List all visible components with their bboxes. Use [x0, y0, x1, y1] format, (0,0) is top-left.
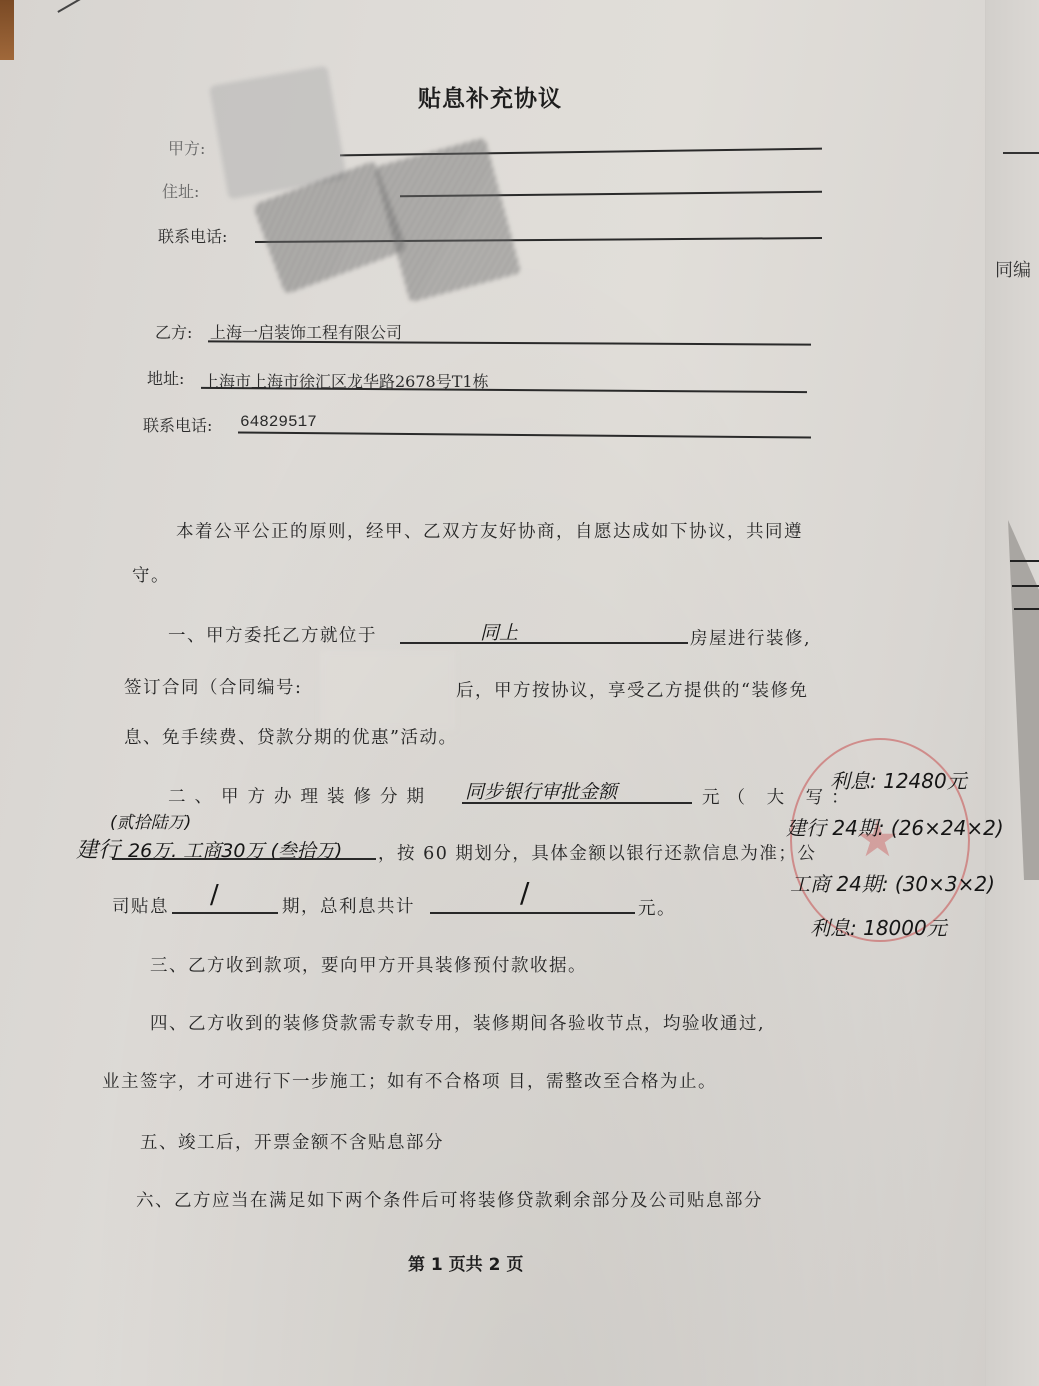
clause-2-line-2: ，按 60 期划分，具体金额以银行还款信息为准；公 [378, 840, 816, 865]
clause-4-line-2: 业主签字，才可进行下一步施工；如有不合格项 目，需整改至合格为止。 [102, 1068, 717, 1093]
preamble-line-1: 本着公平公正的原则，经甲、乙双方友好协商，自愿达成如下协议，共同遵 [176, 518, 803, 543]
clause-3: 三、乙方收到款项，要向甲方开具装修预付款收据。 [150, 952, 587, 977]
clause-1-handwritten-location: 同上 [480, 618, 518, 645]
party-b-phone: 64829517 [240, 413, 317, 431]
note-interest-ccb: 利息: 12480元 [830, 765, 967, 794]
clause-1-line-3: 息、免手续费、贷款分期的优惠”活动。 [124, 724, 457, 749]
party-a-label: 甲方: [168, 136, 205, 159]
clause-4-line-1: 四、乙方收到的装修贷款需专款专用，装修期间各验收节点，均验收通过, [150, 1010, 765, 1035]
clause-2-handwritten-caps: (贰拾陆万) [110, 808, 191, 833]
subsidy-periods-value: / [210, 880, 219, 910]
party-b-name: 上海一启装饰工程有限公司 [210, 320, 402, 343]
clause-1-suffix: 房屋进行装修, [690, 625, 811, 650]
clause-1-line-2b: 后，甲方按协议，享受乙方提供的“装修免 [456, 677, 808, 702]
party-b-phone-label: 联系电话: [143, 413, 212, 436]
clause-2-amount-underline [462, 802, 692, 804]
party-b-label: 乙方: [155, 320, 192, 343]
clause-2-line-3-suffix: 元。 [638, 895, 676, 920]
clause-1-line-2a: 签订合同（合同编号: [124, 674, 302, 699]
note-icbc-24-periods: 工商 24期: (30×3×2) [790, 868, 995, 897]
clause-2-line-3-prefix: 司贴息 [112, 893, 169, 918]
clause-1-location-underline [400, 642, 688, 644]
clause-2-prefix: 二、甲方办理装修分期 [168, 783, 433, 808]
clause-6: 六、乙方应当在满足如下两个条件后可将装修贷款剩余部分及公司贴息部分 [136, 1187, 763, 1212]
clause-2-handwritten-amount: 同步银行审批金额 [465, 777, 617, 804]
total-interest-underline [430, 912, 635, 914]
party-a-phone-label: 联系电话: [158, 224, 227, 247]
note-ccb-24-periods: 建行 24期: (26×24×2) [786, 812, 1004, 841]
grid-line [1014, 608, 1039, 610]
clause-2-line-3-mid: 期，总利息共计 [282, 893, 415, 918]
total-interest-value: / [520, 876, 529, 909]
clause-1-prefix: 一、甲方委托乙方就位于 [168, 622, 377, 647]
contract-number-redaction [320, 650, 455, 730]
note-interest-icbc: 利息: 18000元 [810, 912, 947, 941]
party-a-address-label: 住址: [162, 179, 199, 202]
page-number: 第 1 页共 2 页 [408, 1250, 523, 1275]
clause-2-breakdown-underline [112, 858, 376, 860]
clause-5: 五、竣工后，开票金额不含贴息部分 [140, 1129, 444, 1154]
preamble-line-2: 守。 [132, 562, 170, 587]
party-b-address-label: 地址: [147, 366, 184, 389]
grid-line [1012, 585, 1039, 587]
desk-edge [0, 0, 14, 60]
background-sheet-line [1003, 152, 1039, 154]
document-title: 贴息补充协议 [0, 80, 980, 113]
subsidy-periods-underline [172, 912, 278, 914]
background-sheet-text: 同编 [995, 256, 1031, 282]
grid-line [1010, 560, 1039, 562]
